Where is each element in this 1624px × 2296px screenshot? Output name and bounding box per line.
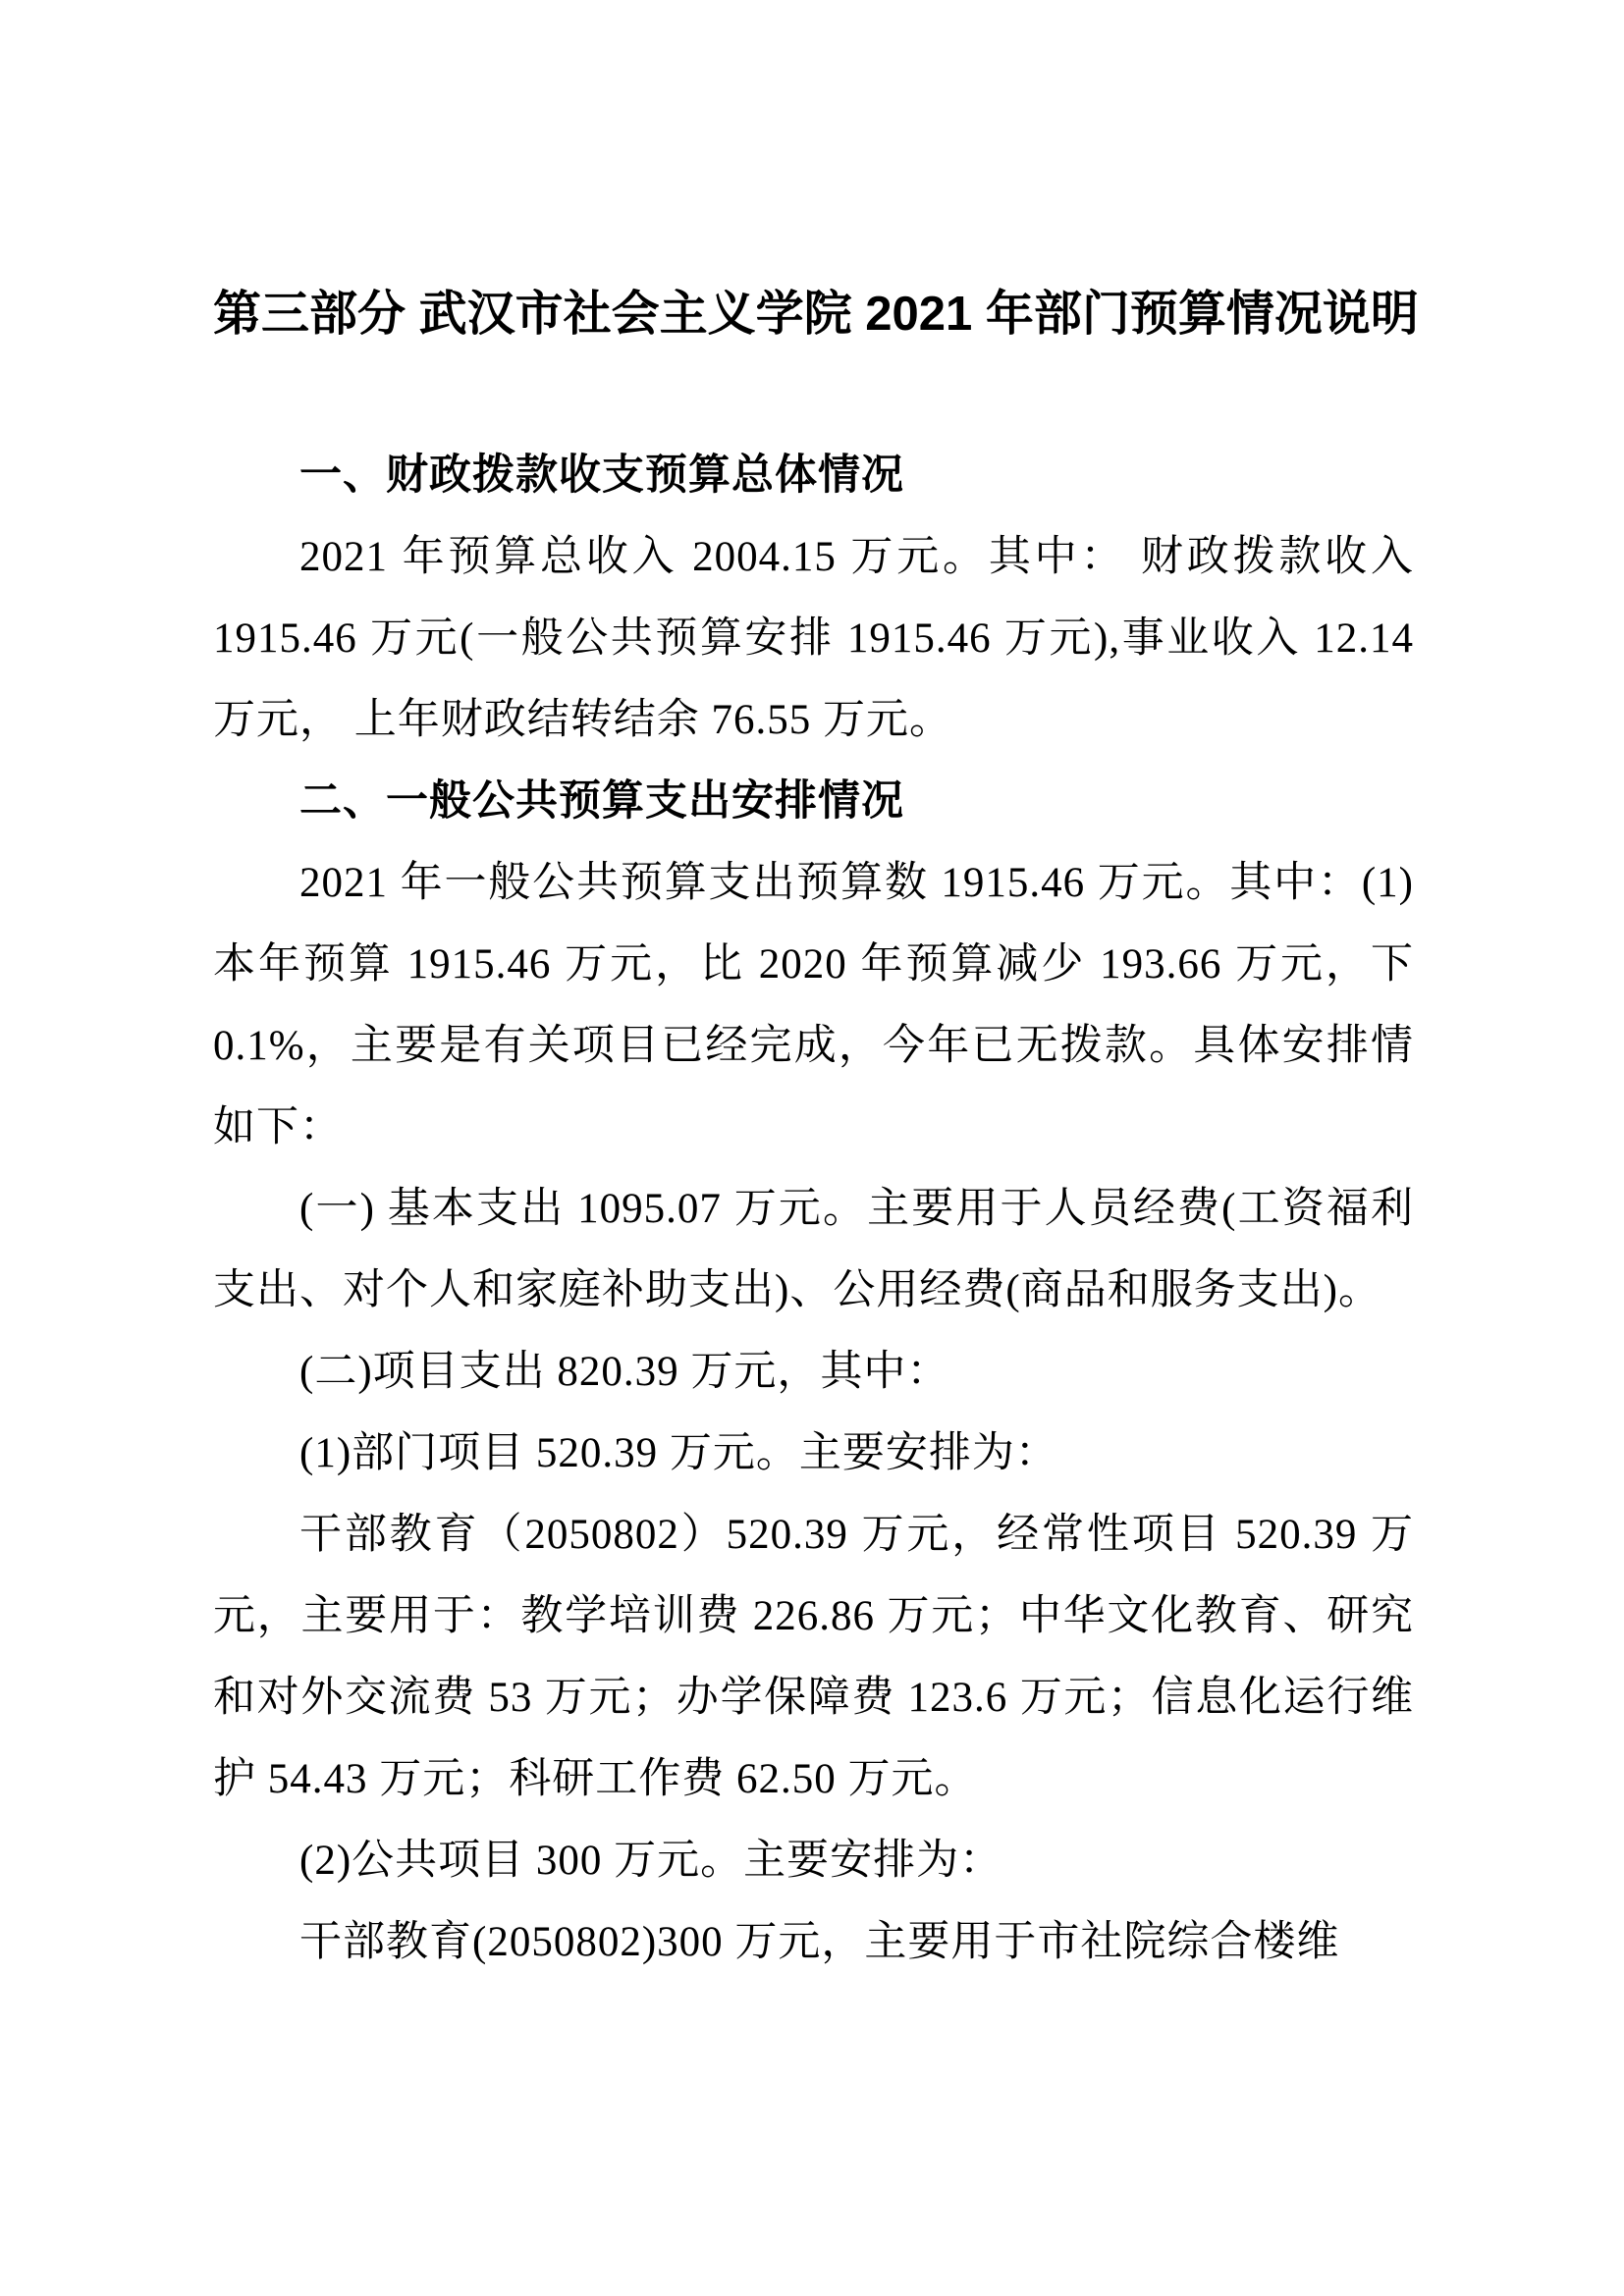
- section-heading: 一、财政拨款收支预算总体情况: [213, 435, 1414, 516]
- text-line: 支出、对个人和家庭补助支出)、公用经费(商品和服务支出)。: [213, 1250, 1414, 1331]
- section-heading: 二、一般公共预算支出安排情况: [213, 761, 1414, 842]
- text-line: 如下：: [213, 1087, 1414, 1168]
- text-line: 护 54.43 万元；科研工作费 62.50 万元。: [213, 1738, 1414, 1820]
- text-line: (2)公共项目 300 万元。主要安排为：: [213, 1820, 1414, 1901]
- text-line: 2021 年一般公共预算支出预算数 1915.46 万元。其中：(1): [213, 842, 1414, 924]
- text-line: (二)项目支出 820.39 万元，其中：: [213, 1331, 1414, 1413]
- text-line: 干部教育（2050802）520.39 万元，经常性项目 520.39 万: [213, 1494, 1414, 1575]
- text-line: 1915.46 万元(一般公共预算安排 1915.46 万元),事业收入 12.…: [213, 598, 1414, 679]
- text-line: 万元， 上年财政结转结余 76.55 万元。: [213, 679, 1414, 761]
- text-line: 0.1%，主要是有关项目已经完成，今年已无拨款。具体安排情况: [213, 1005, 1414, 1087]
- document-content: 第三部分 武汉市社会主义学院 2021 年部门预算情况说明 一、财政拨款收支预算…: [213, 265, 1414, 1983]
- document-body: 一、财政拨款收支预算总体情况2021 年预算总收入 2004.15 万元。其中：…: [213, 435, 1414, 1983]
- text-line: (一) 基本支出 1095.07 万元。主要用于人员经费(工资福利: [213, 1168, 1414, 1250]
- text-line: 和对外交流费 53 万元；办学保障费 123.6 万元；信息化运行维: [213, 1657, 1414, 1738]
- document-title: 第三部分 武汉市社会主义学院 2021 年部门预算情况说明: [213, 265, 1414, 363]
- title-gap: [213, 363, 1414, 435]
- text-line: (1)部门项目 520.39 万元。主要安排为：: [213, 1413, 1414, 1494]
- text-line: 本年预算 1915.46 万元，比 2020 年预算减少 193.66 万元，下…: [213, 924, 1414, 1005]
- text-line: 2021 年预算总收入 2004.15 万元。其中： 财政拨款收入: [213, 516, 1414, 598]
- document-page: 第三部分 武汉市社会主义学院 2021 年部门预算情况说明 一、财政拨款收支预算…: [0, 0, 1624, 2296]
- text-line: 元，主要用于：教学培训费 226.86 万元；中华文化教育、研究: [213, 1575, 1414, 1657]
- text-line: 干部教育(2050802)300 万元，主要用于市社院综合楼维修。: [213, 1901, 1414, 1983]
